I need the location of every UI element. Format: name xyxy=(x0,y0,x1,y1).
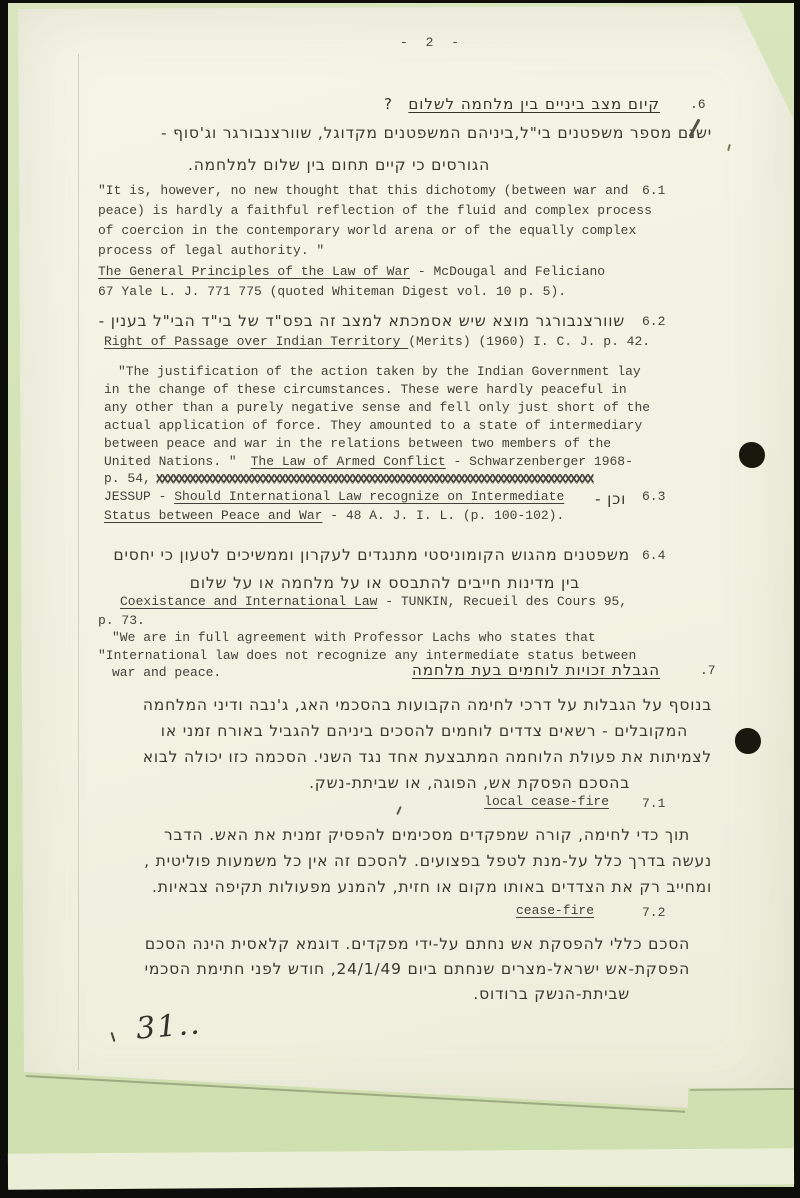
citation-6-4: Coexistance and International Law - TUNK… xyxy=(120,594,627,609)
page-crease xyxy=(78,54,79,1070)
page-ref: p. 54, xyxy=(104,471,151,486)
quote-line: of coercion in the contemporary world ar… xyxy=(98,223,636,238)
hebrew-body-line: שביתת-הנשק ברודוס. xyxy=(473,985,630,1003)
document-page: - 2 - .6 קיום מצב ביניים בין מלחמה לשלום… xyxy=(16,6,794,1114)
hebrew-body-line: לצמיתות את פעולת הלוחמה המתבצעת אחד נגד … xyxy=(143,748,712,766)
citation-author: - TUNKIN, Recueil des Cours 95, xyxy=(377,594,627,609)
hebrew-body-line: הסכם כללי להפסקת אש נחתם על-ידי מפקדים. … xyxy=(145,935,690,953)
citation-title: Should International Law recognize on In… xyxy=(174,489,564,504)
quote-line: "It is, however, no new thought that thi… xyxy=(98,183,629,198)
hole-punch-dot xyxy=(739,442,765,468)
quote-line: war and peace. xyxy=(112,665,221,680)
section-6-intro-line: הגורסים כי קיים תחום בין שלום למלחמה. xyxy=(188,156,490,174)
citation-reference: 67 Yale L. J. 771 775 (quoted Whiteman D… xyxy=(98,284,566,299)
section-7-number: .7 xyxy=(700,663,716,678)
page-ref: p. 73. xyxy=(98,613,145,628)
item-7-2-number: 7.2 xyxy=(642,905,665,920)
case-citation: Right of Passage over Indian Territory (… xyxy=(104,334,650,349)
hebrew-body-line: הפסקת-אש ישראל-מצרים שנחתם ביום 24/1/49,… xyxy=(145,960,690,978)
jessup-citation-line1: JESSUP - Should International Law recogn… xyxy=(104,489,564,504)
handwritten-number: 31.. xyxy=(135,1006,203,1047)
citation-authors: - McDougal and Feliciano xyxy=(410,264,605,279)
subsection-label-7-2: cease-fire xyxy=(498,903,612,918)
hebrew-vechen: וכן - xyxy=(595,490,626,508)
jessup-citation-line2: Status between Peace and War - 48 A. J. … xyxy=(104,508,564,523)
hebrew-lead-line: בין מדינות חייבים להתבסס או על מלחמה או … xyxy=(190,574,580,592)
author-name: JESSUP - xyxy=(104,489,174,504)
citation-title: The Law of Armed Conflict xyxy=(251,454,446,469)
typed-strikeout: XXXXXXXXXXXXXXXXXXXXXXXXXXXXXXXXXXXXXXXX… xyxy=(156,472,593,486)
subsection-label-7-1: local cease-fire xyxy=(466,794,627,809)
section-6-number: .6 xyxy=(690,97,706,112)
hebrew-body-line: המקובלים - רשאים צדדים לוחמים להסכים בינ… xyxy=(161,722,688,740)
bottom-sheet-edge xyxy=(8,1148,794,1189)
section-6-title: קיום מצב ביניים בין מלחמה לשלום xyxy=(408,95,660,113)
quote-line: "The justification of the action taken b… xyxy=(118,364,641,379)
label-text: local cease-fire xyxy=(466,794,627,809)
pen-comma-mark xyxy=(396,806,402,815)
hebrew-body-line: ומחייב רק את הצדדים באותו מקום או חזית, … xyxy=(152,878,712,896)
scanned-document: { "scan": { "page_number": "- 2 -", "han… xyxy=(0,0,800,1198)
hole-punch-dot xyxy=(735,728,761,754)
page-number: - 2 - xyxy=(400,35,464,50)
quote-line: any other than a purely negative sense a… xyxy=(104,400,650,415)
section-6-question-mark: ? xyxy=(384,95,393,113)
page-ref-with-strikeout: p. 54,XXXXXXXXXXXXXXXXXXXXXXXXXXXXXXXXXX… xyxy=(104,471,593,486)
section-6-intro-line: ישנם מספר משפטנים בי"ל,ביניהם המשפטנים מ… xyxy=(161,124,712,142)
item-6-1-number: 6.1 xyxy=(642,183,665,198)
quote-line: United Nations. " xyxy=(104,454,237,469)
case-reference: (Merits) (1960) I. C. J. p. 42. xyxy=(408,334,650,349)
section-7-title: הגבלת זכויות לוחמים בעת מלחמה xyxy=(412,661,660,679)
quote-line: "We are in full agreement with Professor… xyxy=(112,630,596,645)
hebrew-body-line: תוך כדי לחימה, קורה שמפקדים מסכימים להפס… xyxy=(164,826,690,844)
case-title: Right of Passage over Indian Territory xyxy=(104,334,408,349)
item-6-3-number: 6.3 xyxy=(642,489,665,504)
quote-line: process of legal authority. " xyxy=(98,243,324,258)
citation-title: The General Principles of the Law of War xyxy=(98,264,410,279)
citation-title: Status between Peace and War xyxy=(104,508,322,523)
quote-line: peace) is hardly a faithful reflection o… xyxy=(98,203,652,218)
pen-tick-mark xyxy=(111,1032,116,1042)
quote-line: in the change of these circumstances. Th… xyxy=(104,382,627,397)
citation-reference: - 48 A. J. I. L. (p. 100-102). xyxy=(322,508,564,523)
hebrew-lead-line: משפטנים מהגוש הקומוניסטי מתנגדים לעקרון … xyxy=(113,546,630,564)
label-text: cease-fire xyxy=(498,903,612,918)
hebrew-body-line: נעשה בדרך כלל על-מנת לטפל בפצועים. להסכם… xyxy=(144,852,712,870)
citation-title: Coexistance and International Law xyxy=(120,594,377,609)
pen-tick-mark xyxy=(727,144,731,151)
item-7-1-number: 7.1 xyxy=(642,796,665,811)
quote-line: between peace and war in the relations b… xyxy=(104,436,611,451)
item-6-2-number: 6.2 xyxy=(642,314,665,329)
quote-line: actual application of force. They amount… xyxy=(104,418,642,433)
hebrew-body-line: בנוסף על הגבלות על דרכי לחימה הקבועות בה… xyxy=(143,696,712,714)
hebrew-lead-line: שוורצנבורגר מוצא שיש אסמכתא למצב זה בפס"… xyxy=(99,312,625,330)
hebrew-body-line: בהסכם הפסקת אש, הפוגה, או שביתת-נשק. xyxy=(309,774,630,792)
citation-author: - Schwarzenberger 1968- xyxy=(446,454,633,469)
item-6-4-number: 6.4 xyxy=(642,548,665,563)
citation-6-1: The General Principles of the Law of War… xyxy=(98,264,605,279)
quote-end-with-citation: United Nations. "The Law of Armed Confli… xyxy=(104,454,633,469)
